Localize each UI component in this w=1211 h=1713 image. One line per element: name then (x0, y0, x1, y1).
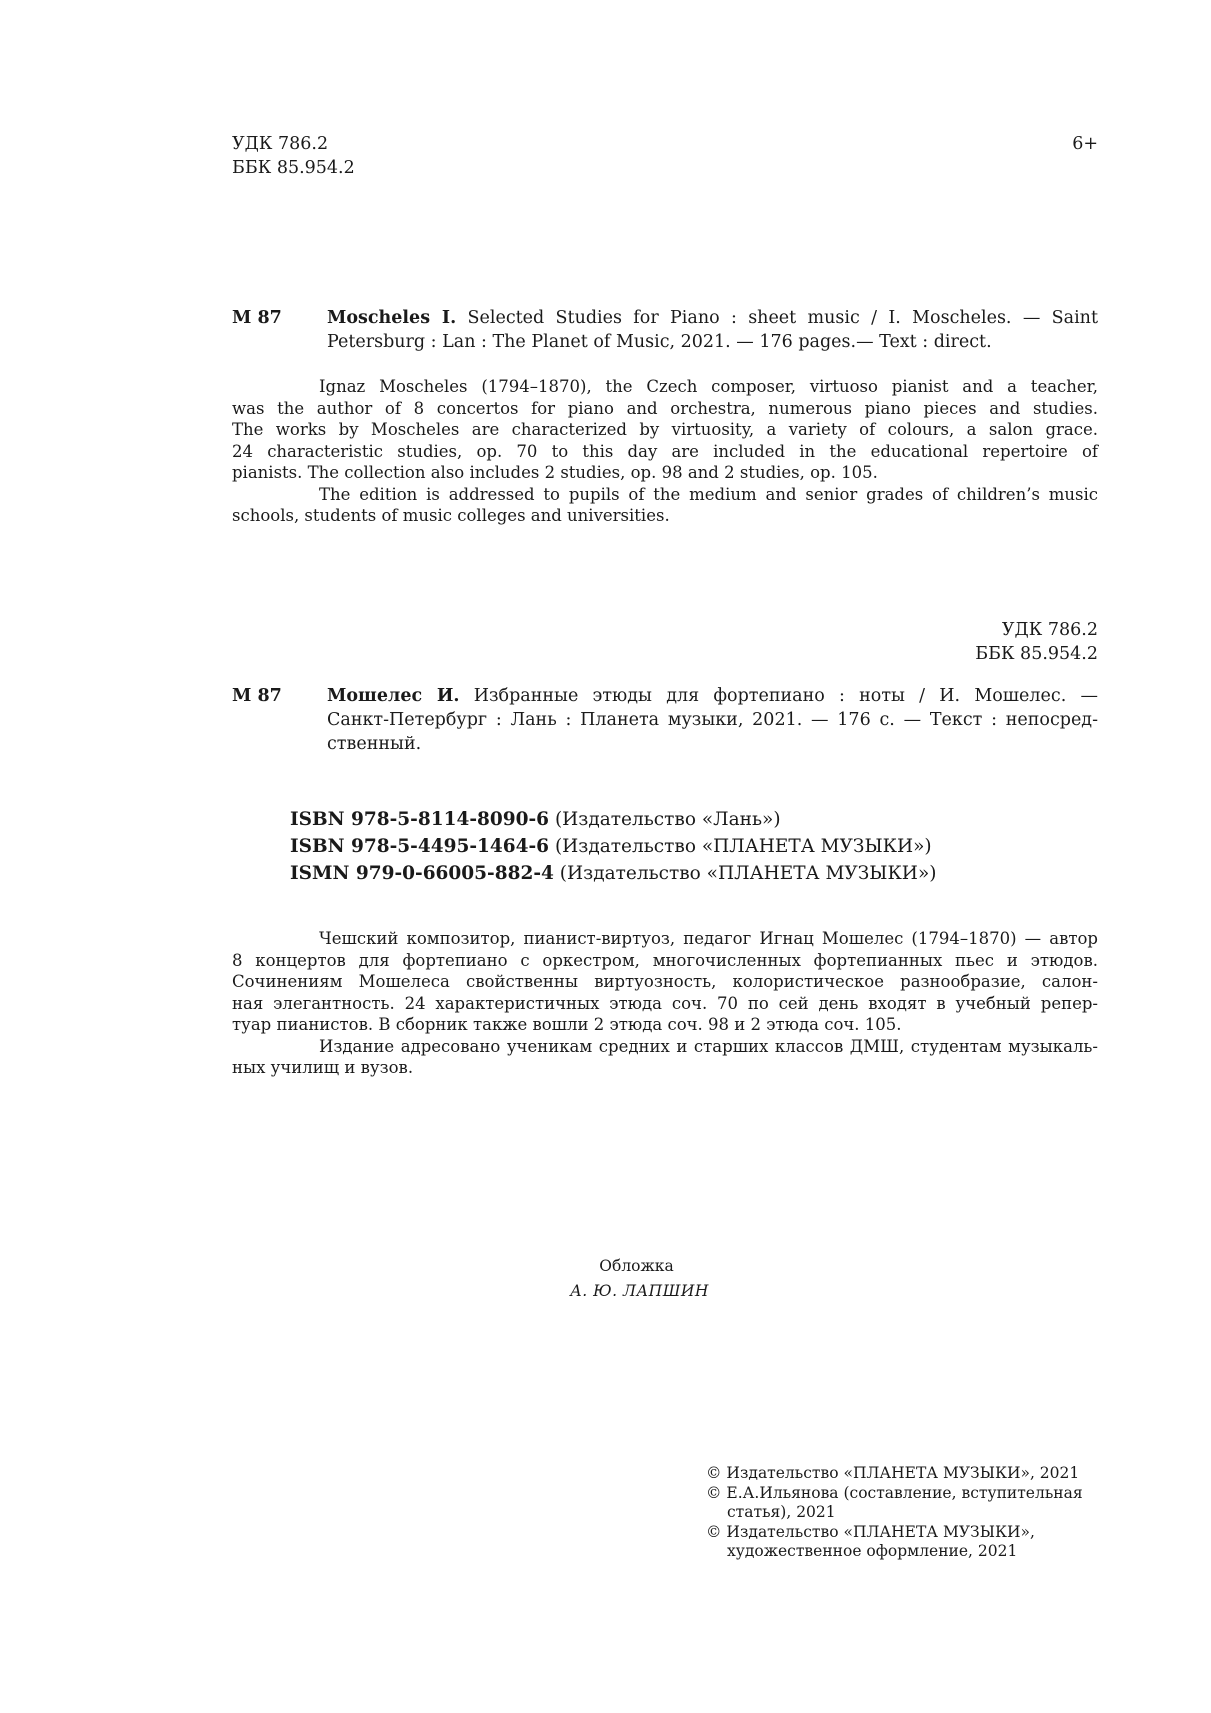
annotation-line: was the author of 8 concertos for piano … (232, 398, 1098, 420)
copyright-line: художественное оформление, 2021 (706, 1542, 1083, 1562)
copyright-block: © Издательство «ПЛАНЕТА МУЗЫКИ», 2021 © … (706, 1464, 1083, 1562)
cover-designer: А. Ю. ЛАПШИН (0, 1278, 1211, 1304)
annotation-line: The works by Moscheles are characterized… (232, 419, 1098, 441)
entry-title: Selected Studies for Piano : sheet music… (456, 308, 1098, 328)
imprint-page: УДК 786.2 ББК 85.954.2 6+ М 87 Moscheles… (0, 0, 1211, 1713)
annotation-line: schools, students of music colleges and … (232, 505, 1098, 527)
entry-line-2: Санкт-Петербург : Лань : Планета музыки,… (232, 708, 1098, 732)
identifier-number: ISBN 978-5-4495-1464-6 (290, 836, 549, 857)
copyright-line: статья), 2021 (706, 1503, 1083, 1523)
annotation-line: ная элегантность. 24 характеристичных эт… (232, 993, 1098, 1015)
udk-code: УДК 786.2 (232, 132, 355, 156)
annotation-line: туар пианистов. В сборник также вошли 2 … (232, 1014, 1098, 1036)
annotation-line: The edition is addressed to pupils of th… (232, 484, 1098, 506)
classification-codes-top: УДК 786.2 ББК 85.954.2 (232, 132, 355, 180)
identifier-publisher: (Издательство «Лань») (549, 809, 781, 830)
annotation-ru: Чешский композитор, пианист-виртуоз, пед… (232, 928, 1098, 1079)
bibliographic-entry-en: М 87 Moscheles I. Selected Studies for P… (232, 306, 1098, 354)
annotation-line: pianists. The collection also includes 2… (232, 462, 1098, 484)
annotation-line: Сочинениям Мошелеса свойственны виртуозн… (232, 971, 1098, 993)
annotation-en: Ignaz Moscheles (1794–1870), the Czech c… (232, 376, 1098, 527)
entry-line-1: Мошелес И. Избранные этюды для фортепиан… (232, 684, 1098, 708)
author-mark: М 87 (232, 306, 282, 330)
cover-label: Обложка (0, 1254, 1211, 1278)
copyright-line: © Издательство «ПЛАНЕТА МУЗЫКИ», 2021 (706, 1464, 1083, 1484)
bibliographic-entry-ru: М 87 Мошелес И. Избранные этюды для форт… (232, 684, 1098, 756)
identifier-block: ISBN 978-5-8114-8090-6 (Издательство «Ла… (290, 806, 936, 887)
author-name: Moscheles I. (327, 308, 456, 328)
bbk-code: ББК 85.954.2 (975, 642, 1098, 666)
identifier-publisher: (Издательство «ПЛАНЕТА МУЗЫКИ») (554, 863, 937, 884)
annotation-line: 24 characteristic studies, op. 70 to thi… (232, 441, 1098, 463)
entry-line-1: Moscheles I. Selected Studies for Piano … (232, 306, 1098, 330)
copyright-line: © Издательство «ПЛАНЕТА МУЗЫКИ», (706, 1523, 1083, 1543)
entry-title: Избранные этюды для фортепиано : ноты / … (460, 686, 1098, 706)
identifier-number: ISMN 979-0-66005-882-4 (290, 863, 554, 884)
cover-credit: Обложка А. Ю. ЛАПШИН (0, 1254, 1211, 1304)
classification-codes-ru: УДК 786.2 ББК 85.954.2 (975, 618, 1098, 666)
identifier-publisher: (Издательство «ПЛАНЕТА МУЗЫКИ») (549, 836, 932, 857)
annotation-line: ных училищ и вузов. (232, 1057, 1098, 1079)
entry-line-3: ственный. (232, 732, 1098, 756)
annotation-line: 8 концертов для фортепиано с оркестром, … (232, 950, 1098, 972)
annotation-line: Издание адресовано ученикам средних и ст… (232, 1036, 1098, 1058)
copyright-line: © Е.А.Ильянова (составление, вступительн… (706, 1484, 1083, 1504)
bbk-code: ББК 85.954.2 (232, 156, 355, 180)
annotation-line: Чешский композитор, пианист-виртуоз, пед… (232, 928, 1098, 950)
isbn-planet-of-music: ISBN 978-5-4495-1464-6 (Издательство «ПЛ… (290, 833, 936, 860)
author-mark: М 87 (232, 684, 282, 708)
entry-line-2: Petersburg : Lan : The Planet of Music, … (232, 330, 1098, 354)
age-rating: 6+ (1072, 132, 1098, 156)
udk-code: УДК 786.2 (975, 618, 1098, 642)
isbn-lan: ISBN 978-5-8114-8090-6 (Издательство «Ла… (290, 806, 936, 833)
annotation-line: Ignaz Moscheles (1794–1870), the Czech c… (232, 376, 1098, 398)
identifier-number: ISBN 978-5-8114-8090-6 (290, 809, 549, 830)
author-name: Мошелес И. (327, 686, 460, 706)
ismn-planet-of-music: ISMN 979-0-66005-882-4 (Издательство «ПЛ… (290, 860, 936, 887)
